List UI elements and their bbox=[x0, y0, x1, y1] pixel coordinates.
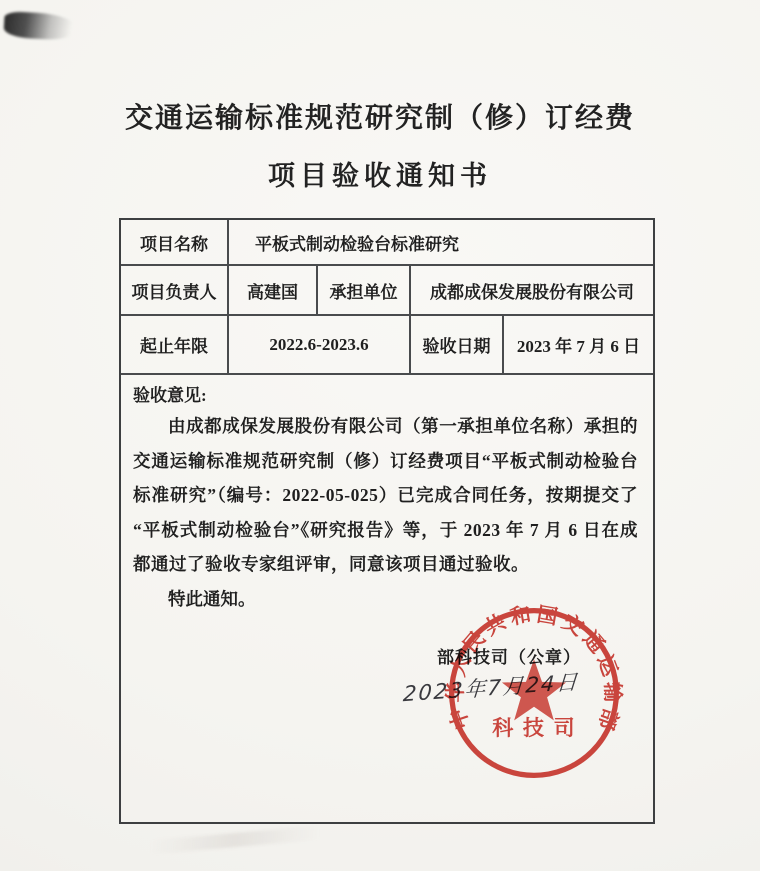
opinion-heading: 验收意见: bbox=[133, 382, 638, 409]
scan-streak-artifact bbox=[150, 826, 321, 855]
opinion-body: 由成都成保发展股份有限公司（第一承担单位名称）承担的交通运输标准规范研究制（修）… bbox=[133, 409, 638, 582]
undertaking-unit-label: 承担单位 bbox=[318, 266, 411, 316]
undertaking-unit-value: 成都成保发展股份有限公司 bbox=[411, 266, 653, 316]
document-title-line2: 项目验收通知书 bbox=[0, 154, 760, 193]
acceptance-opinion-cell: 验收意见: 由成都成保发展股份有限公司（第一承担单位名称）承担的交通运输标准规范… bbox=[121, 375, 653, 822]
scan-smudge-artifact bbox=[3, 11, 78, 41]
project-name-value: 平板式制动检验台标准研究 bbox=[229, 220, 653, 266]
table-row-project-leader: 项目负责人 高建国 承担单位 成都成保发展股份有限公司 bbox=[121, 266, 653, 316]
table-row-duration: 起止年限 2022.6-2023.6 验收日期 2023 年 7 月 6 日 bbox=[121, 316, 653, 375]
scanned-document-page: 交通运输标准规范研究制（修）订经费 项目验收通知书 项目名称 平板式制动检验台标… bbox=[0, 0, 760, 871]
official-seal-stamp: 中华人民共和国交通运输部 科技司 bbox=[439, 598, 629, 788]
duration-value: 2022.6-2023.6 bbox=[229, 316, 411, 375]
table-row-project-name: 项目名称 平板式制动检验台标准研究 bbox=[121, 220, 653, 266]
seal-bottom-text: 科技司 bbox=[492, 715, 584, 740]
document-title-line1: 交通运输标准规范研究制（修）订经费 bbox=[0, 96, 760, 136]
acceptance-date-value: 2023 年 7 月 6 日 bbox=[504, 316, 653, 375]
project-leader-value: 高建国 bbox=[229, 266, 318, 316]
project-name-label: 项目名称 bbox=[121, 220, 229, 266]
acceptance-date-label: 验收日期 bbox=[411, 316, 504, 375]
duration-label: 起止年限 bbox=[121, 316, 229, 375]
seal-star-icon bbox=[502, 659, 566, 720]
project-info-table: 项目名称 平板式制动检验台标准研究 项目负责人 高建国 承担单位 成都成保发展股… bbox=[119, 218, 655, 824]
project-leader-label: 项目负责人 bbox=[121, 266, 229, 316]
